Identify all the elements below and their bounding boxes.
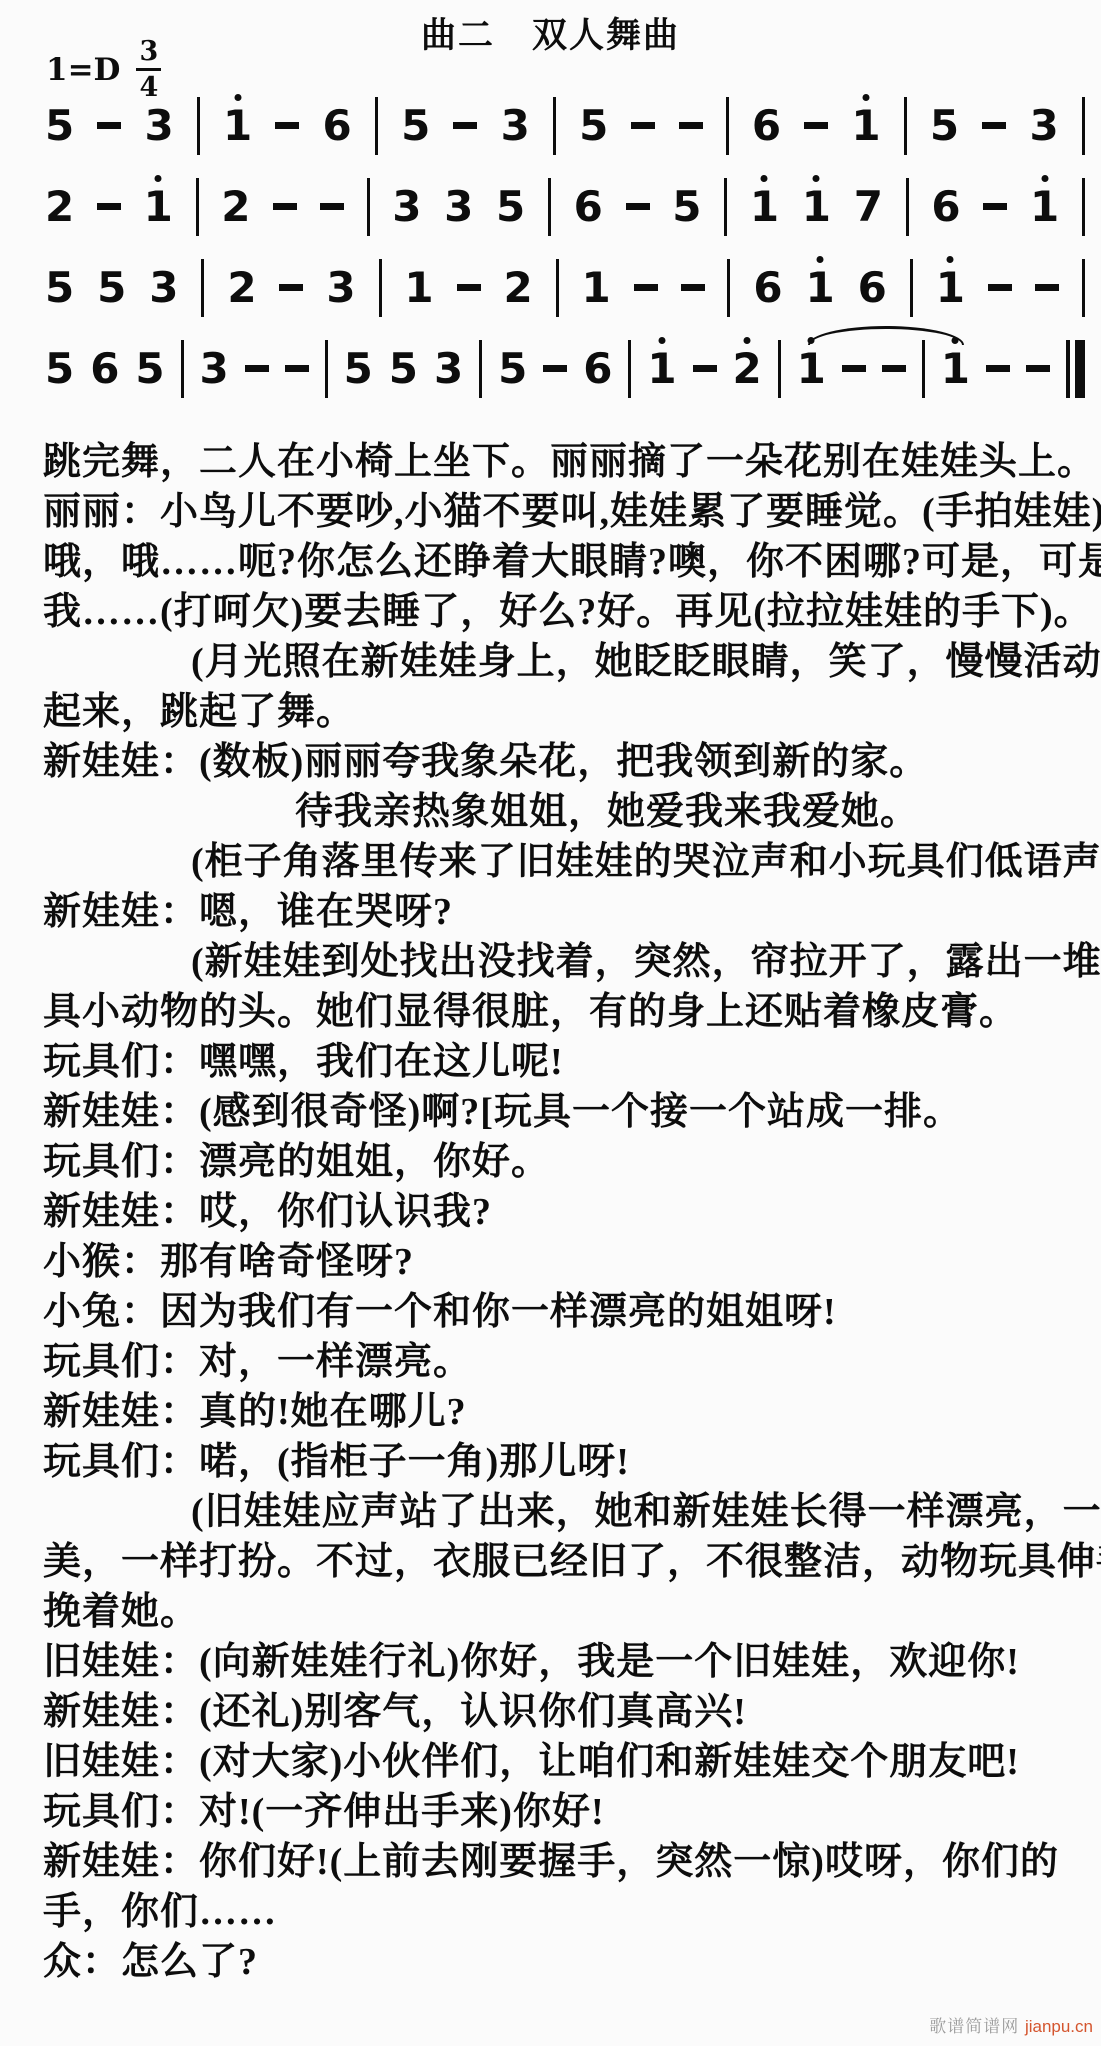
script-line: 玩具们：对，一样漂亮。 (43, 1337, 1095, 1387)
note: 5 (579, 105, 608, 147)
script-line: 待我亲热象姐姐，她爱我来我爱她。 (43, 787, 1095, 837)
note: 3 (145, 105, 174, 147)
barline (479, 340, 482, 398)
sustain-dash (681, 284, 705, 291)
final-barline (1066, 340, 1085, 398)
note: 1 (797, 348, 826, 390)
barline (197, 97, 200, 155)
script-line: 玩具们：嘿嘿，我们在这儿呢! (43, 1037, 1095, 1087)
barline (181, 340, 184, 398)
note: 5 (498, 348, 527, 390)
barline (628, 340, 631, 398)
script-line: 新娃娃：哎，你们认识我? (43, 1187, 1095, 1237)
sustain-dash (626, 203, 650, 210)
script-line: (月光照在新娃娃身上，她眨眨眼睛，笑了，慢慢活动 (43, 637, 1095, 687)
script-line: 挽着她。 (43, 1587, 1095, 1637)
script-text: 跳完舞，二人在小椅上坐下。丽丽摘了一朵花别在娃娃头上。丽丽：小鸟儿不要吵,小猫不… (43, 437, 1095, 1987)
sustain-dash (97, 122, 121, 129)
barline (922, 340, 925, 398)
octave-dot (1041, 175, 1048, 182)
note: 5 (930, 105, 959, 147)
sustain-dash (285, 365, 309, 372)
octave-dot (234, 94, 241, 101)
final-barline-stroke (1075, 340, 1085, 398)
barline (367, 178, 370, 236)
sustain-dash (273, 203, 297, 210)
watermark: 歌谱简谱网 jianpu.cn (929, 2012, 1093, 2037)
barline (556, 259, 559, 317)
octave-dot (947, 256, 954, 263)
barline (910, 259, 913, 317)
barline (325, 340, 328, 398)
sustain-dash (988, 284, 1012, 291)
barline (904, 97, 907, 155)
music-line: 553231216161 (45, 247, 1085, 328)
barline (375, 97, 378, 155)
sustain-dash (97, 203, 121, 210)
note: 3 (444, 186, 473, 228)
barline (379, 259, 382, 317)
music-line: 2123356511761 (45, 166, 1085, 247)
watermark-site-name: 歌谱简谱网 (929, 2017, 1019, 2036)
sustain-dash (275, 122, 299, 129)
sustain-dash (453, 122, 477, 129)
barline (553, 97, 556, 155)
sustain-dash (804, 122, 828, 129)
time-signature-numerator: 3 (136, 38, 161, 68)
tie-arc (808, 326, 964, 345)
octave-dot (863, 94, 870, 101)
octave-dot (817, 256, 824, 263)
script-line: 新娃娃：嗯，谁在哭呀? (43, 887, 1095, 937)
script-line: 旧娃娃：(向新娃娃行礼)你好，我是一个旧娃娃，欢迎你! (43, 1637, 1095, 1687)
script-line: 众：怎么了? (43, 1937, 1095, 1987)
octave-dot (744, 337, 751, 344)
note: 5 (45, 267, 74, 309)
song-title: 曲二 双人舞曲 (0, 8, 1101, 58)
note: 5 (344, 348, 373, 390)
note: 3 (392, 186, 421, 228)
note: 1 (802, 186, 831, 228)
barline (724, 178, 727, 236)
script-line: 新娃娃：真的!她在哪儿? (43, 1387, 1095, 1437)
note: 5 (135, 348, 164, 390)
note: 1 (750, 186, 779, 228)
octave-dot (658, 337, 665, 344)
sustain-dash (279, 284, 303, 291)
script-line: (新娃娃到处找出没找着，突然，帘拉开了，露出一堆玩 (43, 937, 1095, 987)
note: 1 (223, 105, 252, 147)
final-barline-stroke (1066, 340, 1070, 398)
script-line: 我……(打呵欠)要去睡了，好么?好。再见(拉拉娃娃的手下)。 (43, 587, 1095, 637)
sustain-dash (543, 365, 567, 372)
note: 2 (227, 267, 256, 309)
script-line: 玩具们：喏，(指柜子一角)那儿呀! (43, 1437, 1095, 1487)
script-line: 旧娃娃：(对大家)小伙伴们，让咱们和新娃娃交个朋友吧! (43, 1737, 1095, 1787)
sustain-dash (320, 203, 344, 210)
note: 2 (45, 186, 74, 228)
script-line: 新娃娃：(还礼)别客气，认识你们真高兴! (43, 1687, 1095, 1737)
note: 3 (501, 105, 530, 147)
note: 5 (496, 186, 525, 228)
note: 1 (936, 267, 965, 309)
note: 5 (401, 105, 430, 147)
key-signature-text: 1=D (46, 52, 120, 88)
note: 3 (434, 348, 463, 390)
script-line: 玩具们：漂亮的姐姐，你好。 (43, 1137, 1095, 1187)
sustain-dash (457, 284, 481, 291)
note: 2 (733, 348, 762, 390)
note: 1 (806, 267, 835, 309)
sustain-dash (634, 284, 658, 291)
note: 5 (672, 186, 701, 228)
notation-area: 5316535615321233565117615532312161615653… (45, 85, 1085, 409)
sustain-dash (986, 365, 1010, 372)
music-line: 5653553561211 (45, 328, 1085, 409)
note: 6 (574, 186, 603, 228)
note: 6 (323, 105, 352, 147)
note: 6 (583, 348, 612, 390)
sheet-music-page: 曲二 双人舞曲 1=D 3 4 531653561532123356511761… (0, 0, 1101, 2046)
script-line: 跳完舞，二人在小椅上坐下。丽丽摘了一朵花别在娃娃头上。 (43, 437, 1095, 487)
note: 6 (858, 267, 887, 309)
barline (906, 178, 909, 236)
note: 7 (854, 186, 883, 228)
note: 3 (326, 267, 355, 309)
note: 1 (851, 105, 880, 147)
sustain-dash (245, 365, 269, 372)
note: 5 (45, 105, 74, 147)
note: 6 (931, 186, 960, 228)
sustain-dash (842, 365, 866, 372)
script-line: 哦，哦……呃?你怎么还睁着大眼睛?噢，你不困哪?可是，可是 (43, 537, 1095, 587)
barline (201, 259, 204, 317)
note: 2 (221, 186, 250, 228)
note: 6 (752, 105, 781, 147)
note: 6 (90, 348, 119, 390)
script-line: 具小动物的头。她们显得很脏，有的身上还贴着橡皮膏。 (43, 987, 1095, 1037)
script-line: 新娃娃：(感到很奇怪)啊?[玩具一个接一个站成一排。 (43, 1087, 1095, 1137)
note: 1 (404, 267, 433, 309)
barline (727, 259, 730, 317)
sustain-dash (983, 203, 1007, 210)
script-line: 小猴：那有啥奇怪呀? (43, 1237, 1095, 1287)
note: 3 (149, 267, 178, 309)
note: 3 (1029, 105, 1058, 147)
note: 1 (647, 348, 676, 390)
barline (548, 178, 551, 236)
note: 5 (45, 348, 74, 390)
script-line: 起来，跳起了舞。 (43, 687, 1095, 737)
barline (1082, 178, 1085, 236)
octave-dot (761, 175, 768, 182)
script-line: 新娃娃：(数板)丽丽夸我象朵花，把我领到新的家。 (43, 737, 1095, 787)
note: 2 (503, 267, 532, 309)
barline (726, 97, 729, 155)
note: 1 (144, 186, 173, 228)
script-line: (旧娃娃应声站了出来，她和新娃娃长得一样漂亮，一样 (43, 1487, 1095, 1537)
script-line: (柜子角落里传来了旧娃娃的哭泣声和小玩具们低语声。 (43, 837, 1095, 887)
barline (778, 340, 781, 398)
sustain-dash (1035, 284, 1059, 291)
script-line: 美，一样打扮。不过，衣服已经旧了，不很整洁，动物玩具伸手 (43, 1537, 1095, 1587)
note: 1 (941, 348, 970, 390)
script-line: 玩具们：对!(一齐伸出手来)你好! (43, 1787, 1095, 1837)
note: 6 (753, 267, 782, 309)
script-line: 小兔：因为我们有一个和你一样漂亮的姐姐呀! (43, 1287, 1095, 1337)
note: 3 (200, 348, 229, 390)
sustain-dash (679, 122, 703, 129)
note: 1 (582, 267, 611, 309)
music-line: 53165356153 (45, 85, 1085, 166)
sustain-dash (882, 365, 906, 372)
octave-dot (813, 175, 820, 182)
barline (1082, 97, 1085, 155)
script-line: 丽丽：小鸟儿不要吵,小猫不要叫,娃娃累了要睡觉。(手拍娃娃) (43, 487, 1095, 537)
note: 5 (389, 348, 418, 390)
script-line: 新娃娃：你们好!(上前去刚要握手，突然一惊)哎呀，你们的 (43, 1837, 1095, 1887)
script-line: 手，你们…… (43, 1887, 1095, 1937)
barline (1082, 259, 1085, 317)
sustain-dash (1026, 365, 1050, 372)
sustain-dash (631, 122, 655, 129)
note: 1 (1030, 186, 1059, 228)
watermark-url: jianpu.cn (1025, 2017, 1093, 2036)
barline (196, 178, 199, 236)
octave-dot (155, 175, 162, 182)
sustain-dash (982, 122, 1006, 129)
sustain-dash (693, 365, 717, 372)
note: 5 (97, 267, 126, 309)
